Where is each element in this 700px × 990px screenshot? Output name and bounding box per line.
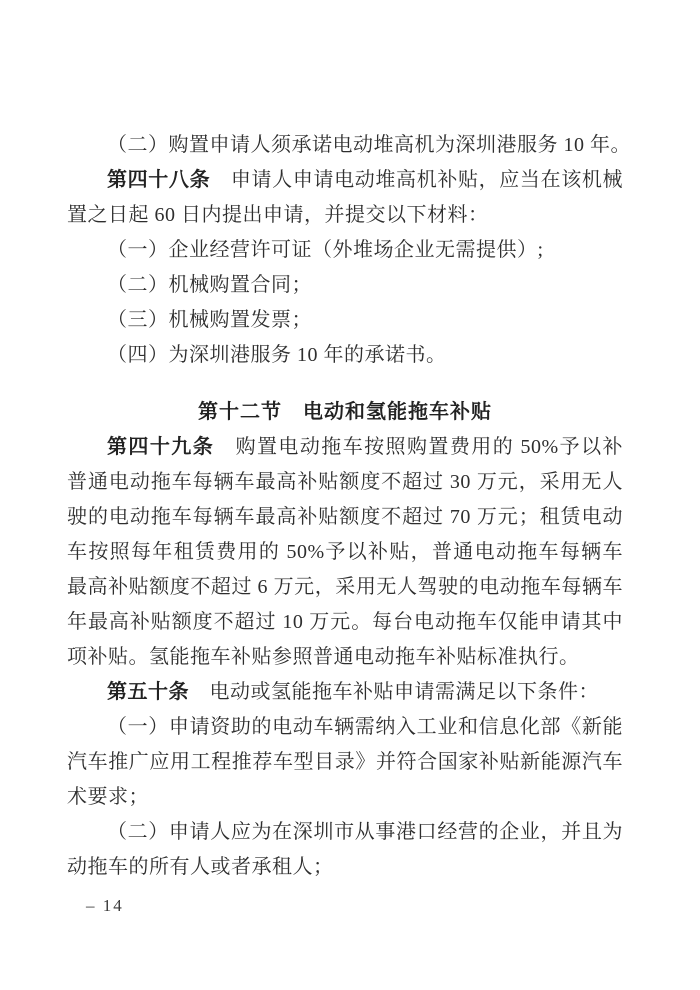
text-segment: 最高补贴额度不超过 6 万元，采用无人驾驶的电动拖车每辆车每 (67, 576, 623, 605)
text-segment: （二）购置申请人须承诺电动堆高机为深圳港服务 10 年。 (107, 134, 631, 156)
text-line: 驶的电动拖车每辆车最高补贴额度不超过 70 万元；租赁电动拖 (67, 500, 623, 535)
article-number: 第五十条 (107, 681, 189, 703)
text-line: 术要求； (67, 780, 623, 815)
page-number: – 14 (86, 894, 124, 918)
document-content: （二）购置申请人须承诺电动堆高机为深圳港服务 10 年。第四十八条 申请人申请电… (67, 128, 623, 885)
text-line: （四）为深圳港服务 10 年的承诺书。 (67, 338, 623, 373)
section-heading: 第十二节 电动和氢能拖车补贴 (67, 395, 623, 430)
text-line: 动拖车的所有人或者承租人； (67, 850, 623, 885)
text-segment: （二）申请人应为在深圳市从事港口经营的企业，并且为电 (67, 821, 623, 850)
text-segment: （一）企业经营许可证（外堆场企业无需提供）; (107, 239, 544, 261)
text-line: 普通电动拖车每辆车最高补贴额度不超过 30 万元，采用无人驾 (67, 465, 623, 500)
text-segment: 普通电动拖车每辆车最高补贴额度不超过 30 万元，采用无人驾 (67, 471, 623, 500)
text-segment: （四）为深圳港服务 10 年的承诺书。 (107, 344, 447, 366)
document-page: （二）购置申请人须承诺电动堆高机为深圳港服务 10 年。第四十八条 申请人申请电… (0, 0, 700, 990)
text-line: 汽车推广应用工程推荐车型目录》并符合国家补贴新能源汽车技 (67, 745, 623, 780)
text-line: 第四十九条 购置电动拖车按照购置费用的 50%予以补贴， (67, 430, 623, 465)
text-line: （二）机械购置合同； (67, 268, 623, 303)
text-line: 最高补贴额度不超过 6 万元，采用无人驾驶的电动拖车每辆车每 (67, 570, 623, 605)
text-line: 车按照每年租赁费用的 50%予以补贴，普通电动拖车每辆车每年 (67, 535, 623, 570)
text-line: 置之日起 60 日内提出申请，并提交以下材料： (67, 198, 623, 233)
text-line: （二）申请人应为在深圳市从事港口经营的企业，并且为电 (67, 815, 623, 850)
article-number: 第四十八条 (107, 169, 210, 191)
text-line: 第四十八条 申请人申请电动堆高机补贴，应当在该机械购 (67, 163, 623, 198)
text-line: 年最高补贴额度不超过 10 万元。每台电动拖车仅能申请其中一 (67, 605, 623, 640)
text-segment: （一）申请资助的电动车辆需纳入工业和信息化部《新能源 (67, 716, 623, 745)
text-segment: 汽车推广应用工程推荐车型目录》并符合国家补贴新能源汽车技 (67, 751, 623, 780)
text-segment: 车按照每年租赁费用的 50%予以补贴，普通电动拖车每辆车每年 (67, 541, 623, 570)
text-segment: 年最高补贴额度不超过 10 万元。每台电动拖车仅能申请其中一 (67, 611, 623, 640)
text-segment: 术要求； (67, 786, 149, 808)
text-segment: （三）机械购置发票； (107, 309, 312, 331)
text-segment: 置之日起 60 日内提出申请，并提交以下材料： (67, 204, 489, 226)
text-segment: （二）机械购置合同； (107, 274, 312, 296)
text-segment: 电动或氢能拖车补贴申请需满足以下条件： (189, 681, 599, 703)
text-line: 第五十条 电动或氢能拖车补贴申请需满足以下条件： (67, 675, 623, 710)
text-line: （二）购置申请人须承诺电动堆高机为深圳港服务 10 年。 (67, 128, 623, 163)
text-segment: 项补贴。氢能拖车补贴参照普通电动拖车补贴标准执行。 (67, 646, 580, 668)
text-line: 项补贴。氢能拖车补贴参照普通电动拖车补贴标准执行。 (67, 640, 623, 675)
text-line: （三）机械购置发票； (67, 303, 623, 338)
text-line: （一）企业经营许可证（外堆场企业无需提供）; (67, 233, 623, 268)
text-line: （一）申请资助的电动车辆需纳入工业和信息化部《新能源 (67, 710, 623, 745)
article-number: 第十二节 电动和氢能拖车补贴 (198, 401, 492, 423)
text-segment: 动拖车的所有人或者承租人； (67, 856, 334, 878)
text-segment: 驶的电动拖车每辆车最高补贴额度不超过 70 万元；租赁电动拖 (67, 506, 623, 535)
article-number: 第四十九条 (107, 436, 214, 458)
